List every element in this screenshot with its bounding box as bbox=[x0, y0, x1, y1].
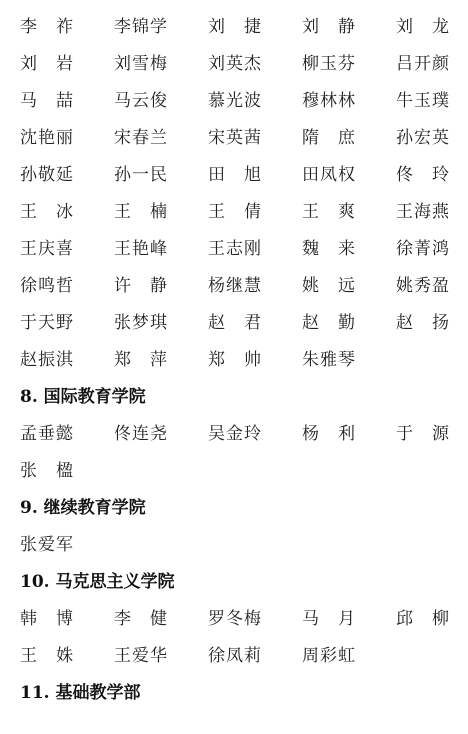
name-row: 赵振淇 郑 萍 郑 帅 朱雅琴 bbox=[20, 339, 460, 376]
person-name: 吕开颜 bbox=[396, 49, 450, 74]
person-name: 李锦学 bbox=[114, 12, 208, 37]
person-name: 穆林林 bbox=[302, 86, 396, 111]
section-heading: 11. 基础教学部 bbox=[20, 672, 460, 709]
section-basic-teaching: 11. 基础教学部 bbox=[20, 672, 460, 709]
person-name: 张爱军 bbox=[20, 530, 114, 555]
person-name: 王 楠 bbox=[114, 197, 208, 222]
person-name: 郑 萍 bbox=[114, 345, 208, 370]
section-continued-list: 李 祚 李锦学 刘 捷 刘 静 刘 龙 刘 岩 刘雪梅 刘英杰 柳玉芬 吕开颜 … bbox=[20, 6, 460, 376]
person-name: 郑 帅 bbox=[208, 345, 302, 370]
person-name: 王志刚 bbox=[208, 234, 302, 259]
person-name: 邱 柳 bbox=[396, 604, 450, 629]
section-continuing-education: 9. 继续教育学院 张爱军 bbox=[20, 487, 460, 561]
person-name: 宋春兰 bbox=[114, 123, 208, 148]
section-heading: 10. 马克思主义学院 bbox=[20, 561, 460, 598]
name-row: 孟垂懿 佟连尧 吴金玲 杨 利 于 源 bbox=[20, 413, 460, 450]
person-name: 许 静 bbox=[114, 271, 208, 296]
person-name: 田 旭 bbox=[208, 160, 302, 185]
section-international-education: 8. 国际教育学院 孟垂懿 佟连尧 吴金玲 杨 利 于 源 张 楹 bbox=[20, 376, 460, 487]
person-name: 徐鸣哲 bbox=[20, 271, 114, 296]
person-name: 沈艳丽 bbox=[20, 123, 114, 148]
section-heading: 9. 继续教育学院 bbox=[20, 487, 460, 524]
person-name: 刘 龙 bbox=[396, 12, 450, 37]
person-name: 徐菁鸿 bbox=[396, 234, 450, 259]
name-row: 李 祚 李锦学 刘 捷 刘 静 刘 龙 bbox=[20, 6, 460, 43]
person-name: 张 楹 bbox=[20, 456, 114, 481]
person-name: 赵振淇 bbox=[20, 345, 114, 370]
person-name: 孙一民 bbox=[114, 160, 208, 185]
person-name: 王 姝 bbox=[20, 641, 114, 666]
person-name: 马 喆 bbox=[20, 86, 114, 111]
name-row: 王 姝 王爱华 徐凤莉 周彩虹 bbox=[20, 635, 460, 672]
person-name: 王爱华 bbox=[114, 641, 208, 666]
person-name: 柳玉芬 bbox=[302, 49, 396, 74]
person-name: 姚 远 bbox=[302, 271, 396, 296]
name-row: 孙敬延 孙一民 田 旭 田凤权 佟 玲 bbox=[20, 154, 460, 191]
person-name: 王庆喜 bbox=[20, 234, 114, 259]
person-name: 于 源 bbox=[396, 419, 450, 444]
name-row: 张爱军 bbox=[20, 524, 460, 561]
person-name: 刘雪梅 bbox=[114, 49, 208, 74]
person-name: 刘 捷 bbox=[208, 12, 302, 37]
name-row: 马 喆 马云俊 慕光波 穆林林 牛玉璞 bbox=[20, 80, 460, 117]
person-name: 罗冬梅 bbox=[208, 604, 302, 629]
person-name: 马 月 bbox=[302, 604, 396, 629]
section-heading: 8. 国际教育学院 bbox=[20, 376, 460, 413]
person-name: 马云俊 bbox=[114, 86, 208, 111]
person-name: 徐凤莉 bbox=[208, 641, 302, 666]
name-row: 张 楹 bbox=[20, 450, 460, 487]
name-list-document: 李 祚 李锦学 刘 捷 刘 静 刘 龙 刘 岩 刘雪梅 刘英杰 柳玉芬 吕开颜 … bbox=[20, 6, 460, 709]
person-name: 隋 庶 bbox=[302, 123, 396, 148]
person-name: 李 祚 bbox=[20, 12, 114, 37]
person-name: 周彩虹 bbox=[302, 641, 396, 666]
person-name: 姚秀盈 bbox=[396, 271, 450, 296]
person-name: 王 冰 bbox=[20, 197, 114, 222]
name-row: 刘 岩 刘雪梅 刘英杰 柳玉芬 吕开颜 bbox=[20, 43, 460, 80]
person-name: 牛玉璞 bbox=[396, 86, 450, 111]
person-name: 王 爽 bbox=[302, 197, 396, 222]
person-name: 孟垂懿 bbox=[20, 419, 114, 444]
person-name: 吴金玲 bbox=[208, 419, 302, 444]
person-name: 刘 岩 bbox=[20, 49, 114, 74]
person-name: 孙宏英 bbox=[396, 123, 450, 148]
person-name: 刘英杰 bbox=[208, 49, 302, 74]
name-row: 沈艳丽 宋春兰 宋英茜 隋 庶 孙宏英 bbox=[20, 117, 460, 154]
person-name: 佟 玲 bbox=[396, 160, 450, 185]
person-name: 孙敬延 bbox=[20, 160, 114, 185]
person-name: 赵 勤 bbox=[302, 308, 396, 333]
person-name: 李 健 bbox=[114, 604, 208, 629]
person-name: 王艳峰 bbox=[114, 234, 208, 259]
person-name: 王海燕 bbox=[396, 197, 450, 222]
person-name: 宋英茜 bbox=[208, 123, 302, 148]
person-name: 杨 利 bbox=[302, 419, 396, 444]
person-name: 杨继慧 bbox=[208, 271, 302, 296]
person-name: 田凤权 bbox=[302, 160, 396, 185]
person-name: 赵 君 bbox=[208, 308, 302, 333]
person-name: 王 倩 bbox=[208, 197, 302, 222]
person-name: 魏 来 bbox=[302, 234, 396, 259]
section-marxism: 10. 马克思主义学院 韩 博 李 健 罗冬梅 马 月 邱 柳 王 姝 王爱华 … bbox=[20, 561, 460, 672]
person-name: 刘 静 bbox=[302, 12, 396, 37]
name-row: 于天野 张梦琪 赵 君 赵 勤 赵 扬 bbox=[20, 302, 460, 339]
person-name: 慕光波 bbox=[208, 86, 302, 111]
person-name: 韩 博 bbox=[20, 604, 114, 629]
person-name: 张梦琪 bbox=[114, 308, 208, 333]
person-name: 佟连尧 bbox=[114, 419, 208, 444]
name-row: 徐鸣哲 许 静 杨继慧 姚 远 姚秀盈 bbox=[20, 265, 460, 302]
person-name: 朱雅琴 bbox=[302, 345, 396, 370]
person-name: 赵 扬 bbox=[396, 308, 450, 333]
name-row: 王庆喜 王艳峰 王志刚 魏 来 徐菁鸿 bbox=[20, 228, 460, 265]
name-row: 韩 博 李 健 罗冬梅 马 月 邱 柳 bbox=[20, 598, 460, 635]
person-name: 于天野 bbox=[20, 308, 114, 333]
name-row: 王 冰 王 楠 王 倩 王 爽 王海燕 bbox=[20, 191, 460, 228]
